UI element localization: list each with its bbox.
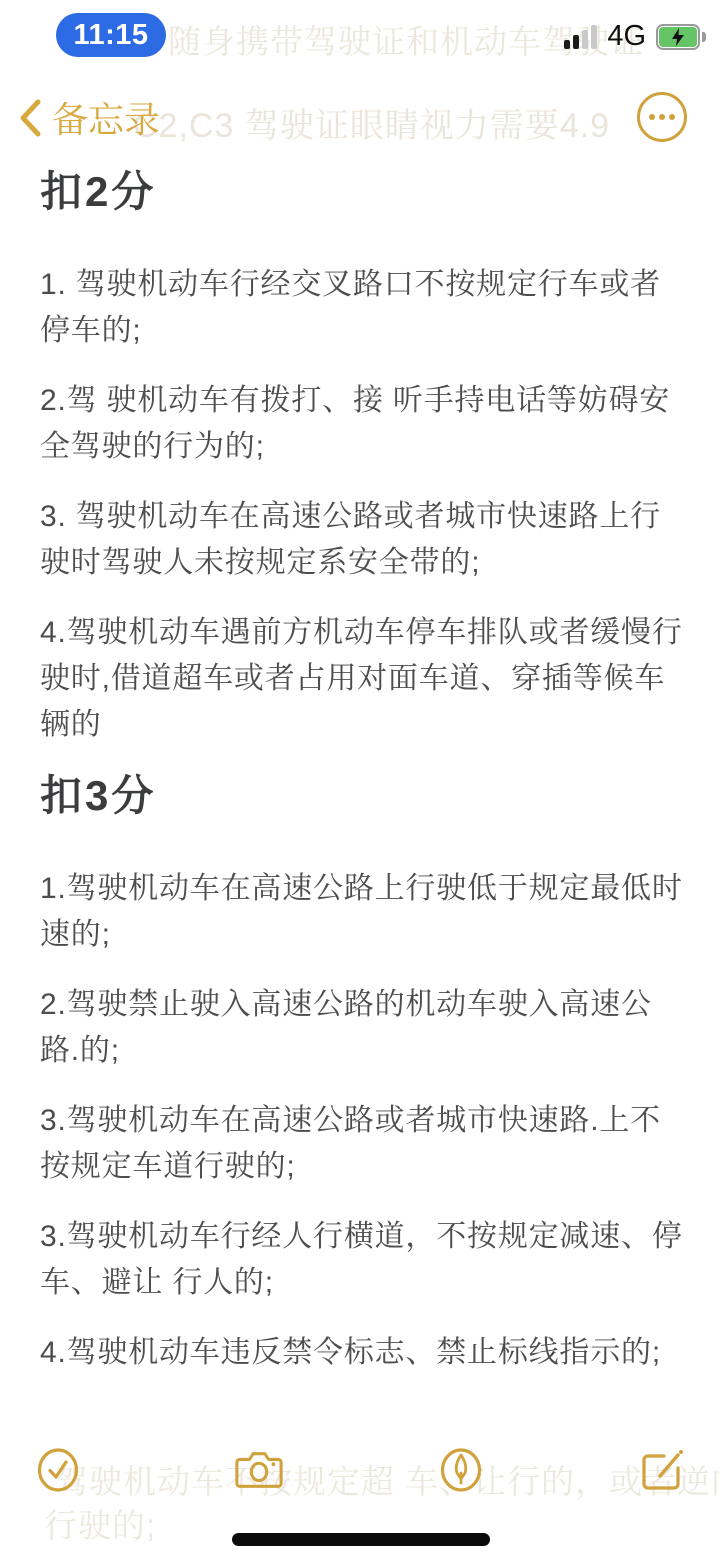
note-paragraph: 3.驾驶机动车行经人行横道，不按规定减速、停车、避让 行人的; [40, 1214, 683, 1306]
camera-button[interactable] [234, 1445, 284, 1495]
note-paragraph: 1. 驾驶机动车行经交叉路口不按规定行车或者停车的; [40, 262, 683, 354]
markup-button[interactable] [436, 1445, 486, 1495]
section-heading: 扣2分 [40, 168, 683, 216]
markup-pen-icon [438, 1447, 484, 1493]
home-indicator[interactable] [232, 1533, 490, 1546]
ghost-note-line-bottom-2: 行驶的; [44, 1500, 156, 1547]
note-paragraph: 4.驾驶机动车遇前方机动车停车排队或者缓慢行驶时,借道超车或者占用对面车道、穿插… [40, 610, 683, 748]
checklist-button[interactable] [33, 1445, 83, 1495]
camera-icon [234, 1447, 284, 1493]
note-body[interactable]: 扣2分 1. 驾驶机动车行经交叉路口不按规定行车或者停车的; 2.驾 驶机动车有… [0, 0, 720, 1400]
section-heading: 扣3分 [40, 772, 683, 820]
note-paragraph: 1.驾驶机动车在高速公路上行驶低于规定最低时速的; [40, 866, 683, 958]
bottom-toolbar [0, 1440, 720, 1500]
note-paragraph: 2.驾 驶机动车有拨打、接 听手持电话等妨碍安全驾驶的行为的; [40, 378, 683, 470]
note-paragraph: 2.驾驶禁止驶入高速公路的机动车驶入高速公路.的; [40, 982, 683, 1074]
note-paragraph: 4.驾驶机动车违反禁令标志、禁止标线指示的; [40, 1330, 683, 1376]
note-paragraph: 3.驾驶机动车在高速公路或者城市快速路.上不按规定车道行驶的; [40, 1098, 683, 1190]
compose-button[interactable] [637, 1445, 687, 1495]
compose-icon [638, 1446, 686, 1494]
checkmark-circle-icon [35, 1447, 81, 1493]
note-paragraph: 3. 驾驶机动车在高速公路或者城市快速路上行驶时驾驶人未按规定系安全带的; [40, 494, 683, 586]
